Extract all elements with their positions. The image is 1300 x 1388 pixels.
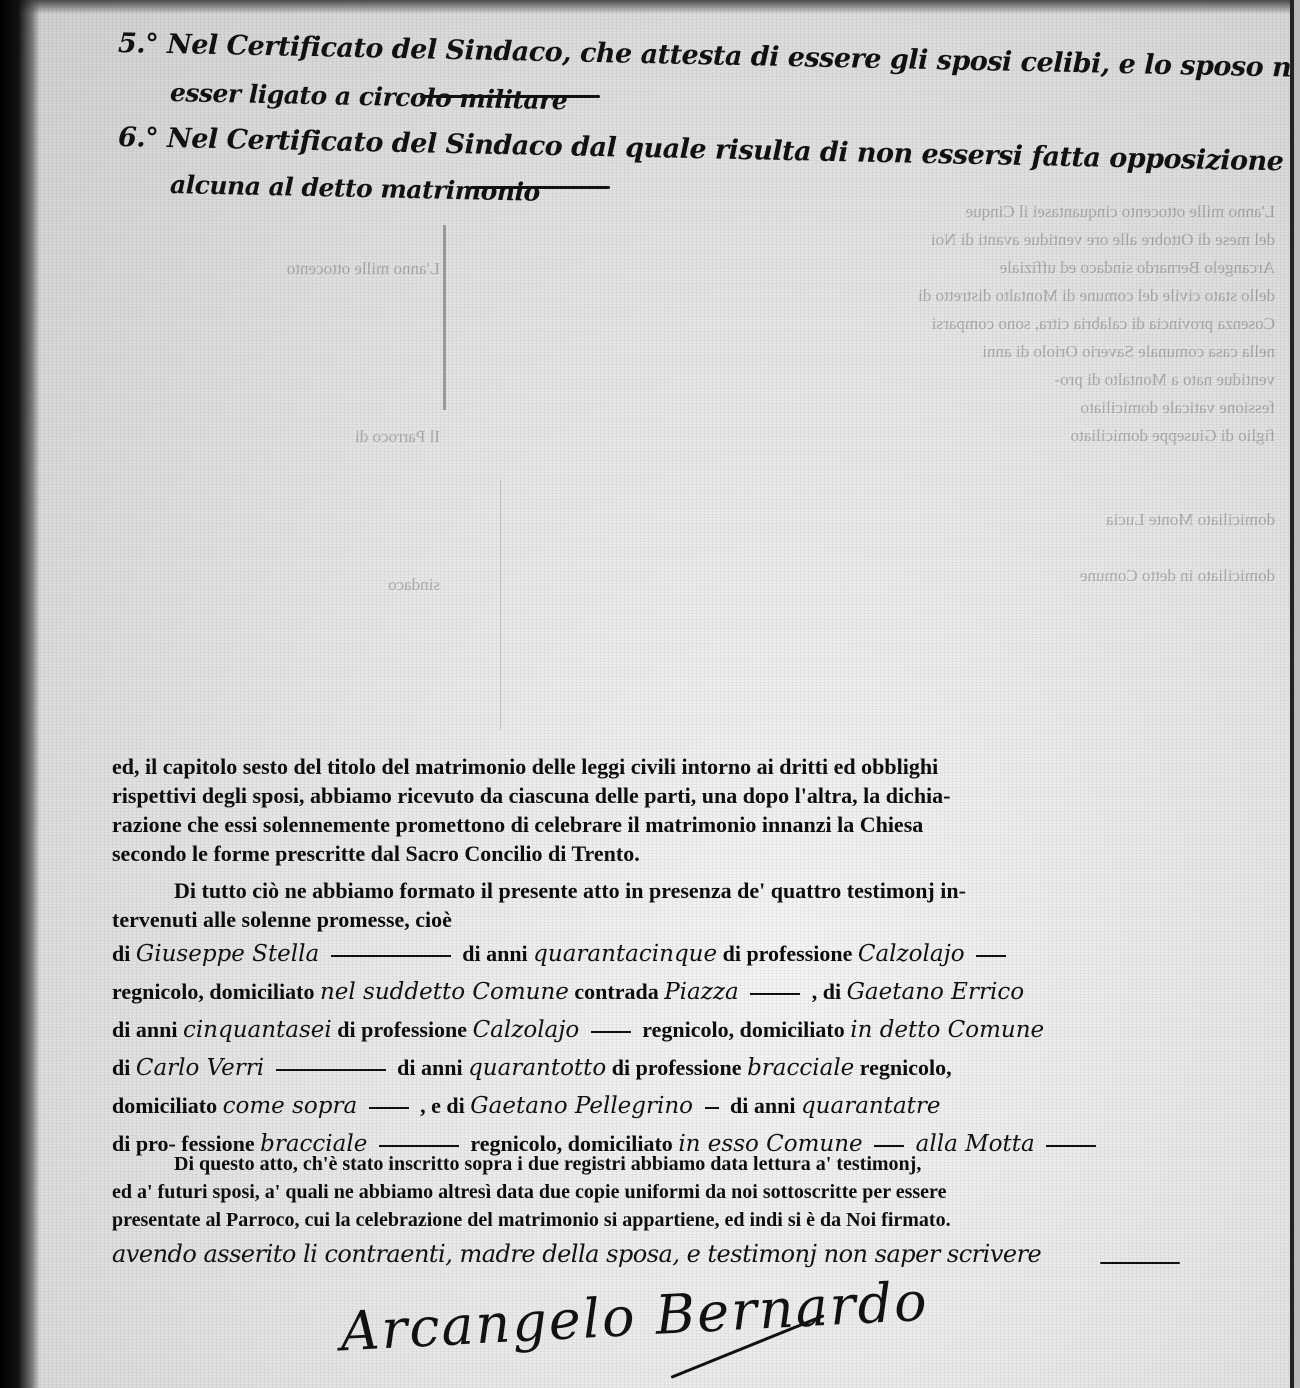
printed-line: Di questo atto, ch'è stato inscritto sop… [112, 1150, 1192, 1178]
witness-profession: bracciale [747, 1055, 854, 1081]
printed-paragraph-2: Di tutto ciò ne abbiamo formato il prese… [112, 876, 1192, 934]
fill-dash [379, 1145, 459, 1147]
witness-line-5: domiciliato come sopra , e di Gaetano Pe… [112, 1087, 1192, 1125]
printed-paragraph-1: ed, il capitolo sesto del titolo del mat… [112, 752, 1192, 868]
witness-prefix: , e di [420, 1093, 465, 1118]
document-page: L'anno mille ottocento cinquantasei il C… [0, 0, 1300, 1388]
bleed-line: nella casa comunale Saverio Oriolo di an… [455, 338, 1275, 366]
printed-line: razione che essi solennemente promettono… [112, 810, 1192, 839]
handwritten-underline [420, 95, 600, 98]
bleed-line: L'anno mille ottocento [110, 255, 440, 283]
fill-dash [331, 955, 451, 957]
printed-line: rispettivi degli sposi, abbiamo ricevuto… [112, 781, 1192, 810]
printed-line: ed, il capitolo sesto del titolo del mat… [112, 752, 1192, 781]
scan-left-edge-shadow [0, 0, 40, 1388]
official-signature: Arcangelo Bernardo [339, 1270, 930, 1364]
witness-age: cinquantasei [183, 1017, 332, 1043]
domicile-label: domiciliato [112, 1093, 217, 1118]
bleed-through-right: L'anno mille ottocento cinquantasei il C… [455, 198, 1275, 590]
fill-dash [1046, 1145, 1096, 1147]
bleed-column-rule [443, 225, 446, 410]
printed-line: secondo le forme prescritte dal Sacro Co… [112, 839, 1192, 868]
witness-name: Gaetano Pellegrino [470, 1093, 693, 1119]
age-label: di anni [730, 1093, 795, 1118]
witness-domicile: nel suddetto Comune [320, 979, 569, 1005]
witness-domicile: in detto Comune [850, 1017, 1044, 1043]
handwritten-item-6-line-1: 6.° Nel Certificato del Sindaco dal qual… [118, 122, 1284, 177]
bleed-line: del mese di Ottobre alle ore ventidue av… [455, 226, 1275, 254]
age-label: di anni [112, 1017, 177, 1042]
witness-prefix: di [112, 941, 130, 966]
bleed-line: Il Parroco di [110, 423, 440, 451]
witness-age: quarantatre [801, 1093, 941, 1119]
witness-line-2: regnicolo, domiciliato nel suddetto Comu… [112, 973, 1192, 1011]
witness-profession: Calzolajo [473, 1017, 580, 1043]
fill-dash [874, 1145, 904, 1147]
witness-name: Giuseppe Stella [136, 941, 319, 967]
street-label: contrada [574, 979, 658, 1004]
bleed-line: ventidue nato a Montalto di pro- [455, 366, 1275, 394]
witness-age: quarantacinque [533, 941, 717, 967]
printed-line: Di tutto ciò ne abbiamo formato il prese… [112, 876, 1192, 905]
fill-dash [591, 1031, 631, 1033]
fill-dash [276, 1069, 386, 1071]
witness-line-1: di Giuseppe Stella di anni quarantacinqu… [112, 935, 1192, 973]
age-label: di anni [462, 941, 527, 966]
witness-prefix: , di [812, 979, 841, 1004]
handwritten-closing-note: avendo asserito li contraenti, madre del… [112, 1240, 1041, 1268]
bleed-line: fessione vaticale domiciliato [455, 394, 1275, 422]
profession-label: di professione [723, 941, 853, 966]
bleed-line: domiciliato Monte Lucia [455, 506, 1275, 534]
bleed-through-left: L'anno mille ottocento Il Parroco di sin… [110, 255, 440, 599]
bleed-line: figlio di Giuseppe domiciliato [455, 422, 1275, 450]
scan-right-margin [1294, 0, 1300, 1388]
bleed-line: sindaco [110, 571, 440, 599]
domicile-label: domiciliato [740, 1017, 845, 1042]
age-label: di anni [397, 1055, 462, 1080]
witness-line-4: di Carlo Verri di anni quarantotto di pr… [112, 1049, 1192, 1087]
bleed-line: L'anno mille ottocento cinquantasei il C… [455, 198, 1275, 226]
scan-top-shadow [0, 0, 1300, 14]
profession-label: di professione [337, 1017, 467, 1042]
printed-line: tervenuti alle solenne promesse, cioè [112, 905, 1192, 934]
witness-name: Gaetano Errico [847, 979, 1025, 1005]
bleed-line: dello stato civile del comune di Montalt… [455, 282, 1275, 310]
witness-age: quarantotto [468, 1055, 606, 1081]
witness-status: regnicolo, [642, 1017, 734, 1042]
witness-name: Carlo Verri [136, 1055, 264, 1081]
handwritten-item-5-line-1: 5.° Nel Certificato del Sindaco, che att… [118, 28, 1300, 84]
witness-line-3: di anni cinquantasei di professione Calz… [112, 1011, 1192, 1049]
domicile-label: domiciliato [209, 979, 314, 1004]
witness-domicile: come sopra [223, 1093, 358, 1119]
printed-paragraph-3: Di questo atto, ch'è stato inscritto sop… [112, 1150, 1192, 1234]
witnesses-block: di Giuseppe Stella di anni quarantacinqu… [112, 935, 1192, 1163]
witness-profession: Calzolajo [858, 941, 965, 967]
fill-dash [705, 1107, 719, 1109]
bleed-line: Cosenza provincia di calabria citra, son… [455, 310, 1275, 338]
witness-status: regnicolo, [112, 979, 204, 1004]
printed-line: presentate al Parroco, cui la celebrazio… [112, 1206, 1192, 1234]
bleed-line: Arcangelo Bernardo sindaco ed uffiziale [455, 254, 1275, 282]
witness-prefix: di [112, 1055, 130, 1080]
printed-line: ed a' futuri sposi, a' quali ne abbiamo … [112, 1178, 1192, 1206]
handwritten-underline [470, 186, 610, 189]
bleed-line: domiciliato in detto Comune [455, 562, 1275, 590]
fill-dash [369, 1107, 409, 1109]
fill-dash [976, 955, 1006, 957]
witness-status: regnicolo, [860, 1055, 952, 1080]
handwritten-underline [1100, 1262, 1180, 1264]
fill-dash [750, 993, 800, 995]
witness-street: Piazza [664, 979, 739, 1005]
profession-label: di professione [612, 1055, 742, 1080]
